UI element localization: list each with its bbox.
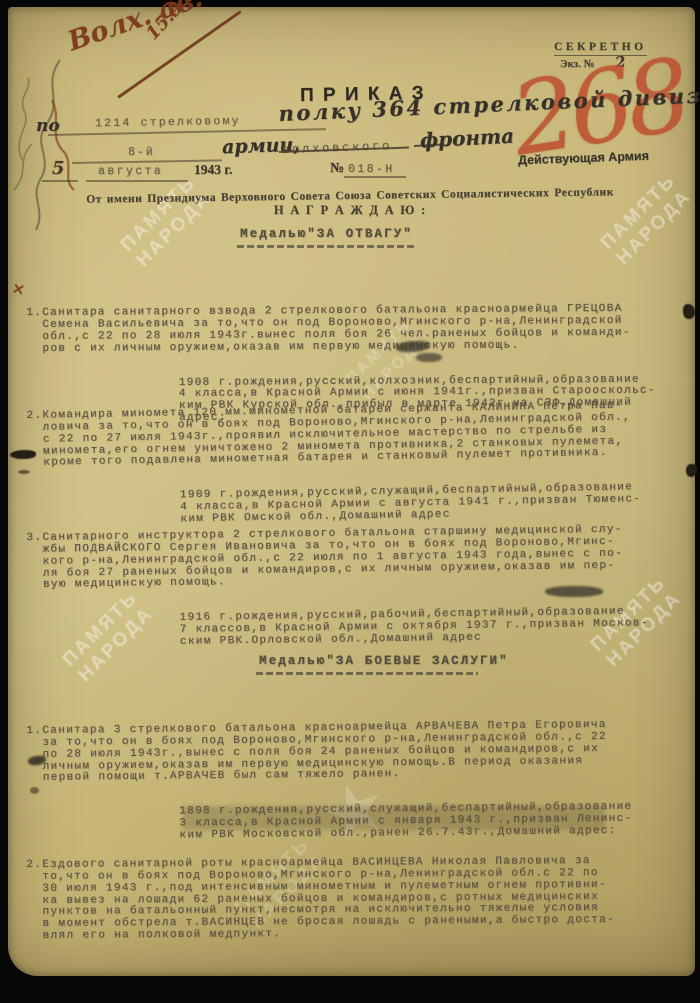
entry-citation: 3.Санитарного инструктора 2 стрелкового … [26,524,699,592]
text-line: влял его на полковой медпункт. [27,926,699,942]
award-entry: 1.Санитара 3 стрелкового батальона красн… [26,696,700,855]
army-typed: 8-й [128,146,155,159]
entry-citation: 2.Командира миномета 120 мм.минометной б… [26,400,699,470]
title-underline [256,672,478,675]
unit-typed: 1214 стрелковому [95,115,241,131]
awarding-word: Н А Г Р А Ж Д А Ю : [28,203,672,218]
form-rule-line [86,180,188,182]
form-rule-line [42,180,78,182]
date-year-printed: 1943 г. [194,162,232,178]
entry-citation: 2.Ездового санитарной роты красноармейца… [26,856,699,943]
order-number-typed: 018-Н [348,163,395,176]
entry-bio: 1916 г.рождения,русский,рабочий,беспарти… [179,606,699,648]
award-entry: 2.Ездового санитарной роты красноармейца… [26,832,699,954]
date-day-handwritten: 5 [52,158,65,179]
paper-mark [683,304,695,319]
entry-citation: 1.Санитара санитарного взвода 2 стрелков… [26,304,698,356]
title-underline [237,245,415,248]
ink-smudge [545,586,603,597]
award-entry: 3.Санитарного инструктора 2 стрелкового … [26,501,700,663]
number-sign: № [330,161,344,177]
ink-smudge [416,353,442,362]
form-rule-line [344,176,406,178]
paper-tear [10,450,36,459]
paper-mark [18,470,30,474]
signature-scribble [2,40,132,260]
medal-section-title: Медалью"ЗА БОЕВЫЕ ЗАСЛУГИ" [259,654,509,668]
paper-mark [30,787,39,794]
medal-section-title: Медалью"ЗА ОТВАГУ" [240,227,413,241]
scanned-order-page: { "document": { "classification": "СЕКРЕ… [0,0,700,1003]
entry-citation: 1.Санитара 3 стрелкового батальона красн… [26,719,699,785]
date-month-typed: августа [98,165,163,178]
form-front-printed: фронта [419,124,514,153]
